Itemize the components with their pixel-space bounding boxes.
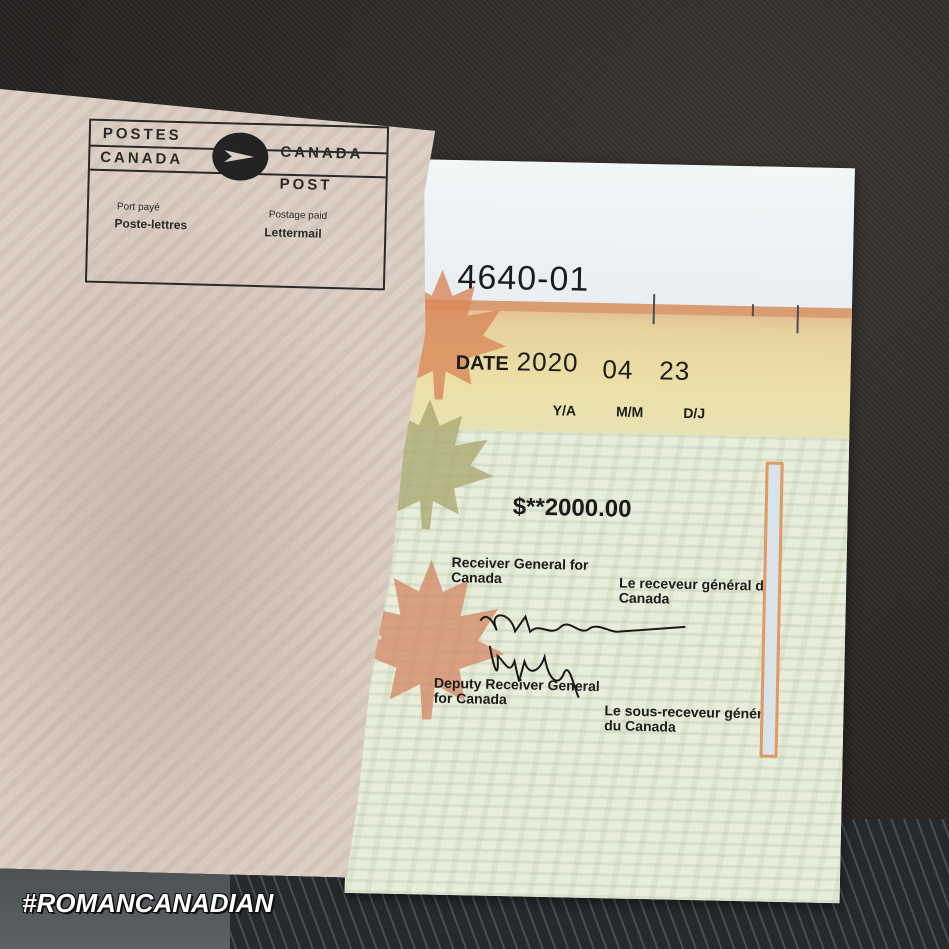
- cheque-date: DATE 2020 04 23: [455, 345, 690, 381]
- postage-indicia: POSTES CANADA CANADA POST Port payé Post…: [85, 119, 389, 291]
- hashtag-watermark: #ROMANCANADIAN: [22, 888, 273, 919]
- canada-text-left: CANADA: [100, 149, 183, 168]
- receiver-general-en: Receiver General for Canada: [451, 555, 622, 589]
- cheque-top-area: [357, 158, 855, 318]
- tick-mark: [752, 304, 754, 316]
- caption-year: Y/A: [553, 402, 577, 418]
- date-month: 04: [602, 354, 634, 386]
- postes-text: POSTES: [103, 125, 182, 144]
- lettermail-text: Lettermail: [264, 225, 322, 240]
- caption-month: M/M: [616, 403, 644, 420]
- poste-lettres-text: Poste-lettres: [114, 216, 187, 232]
- postage-paid-text: Postage paid: [269, 209, 328, 222]
- date-year: 2020: [516, 346, 578, 378]
- cheque-amount: $**2000.00: [512, 493, 631, 523]
- signature-icon: [469, 600, 701, 705]
- post-text: POST: [279, 176, 332, 194]
- canada-text-right: CANADA: [280, 144, 363, 163]
- date-label: DATE: [455, 352, 508, 376]
- date-day: 23: [659, 355, 691, 387]
- cheque-number: 4640-01: [457, 258, 590, 300]
- caption-day: D/J: [683, 405, 705, 421]
- port-paye-text: Port payé: [117, 201, 160, 213]
- deputy-receiver-general-fr: Le sous-receveur général du Canada: [604, 703, 775, 737]
